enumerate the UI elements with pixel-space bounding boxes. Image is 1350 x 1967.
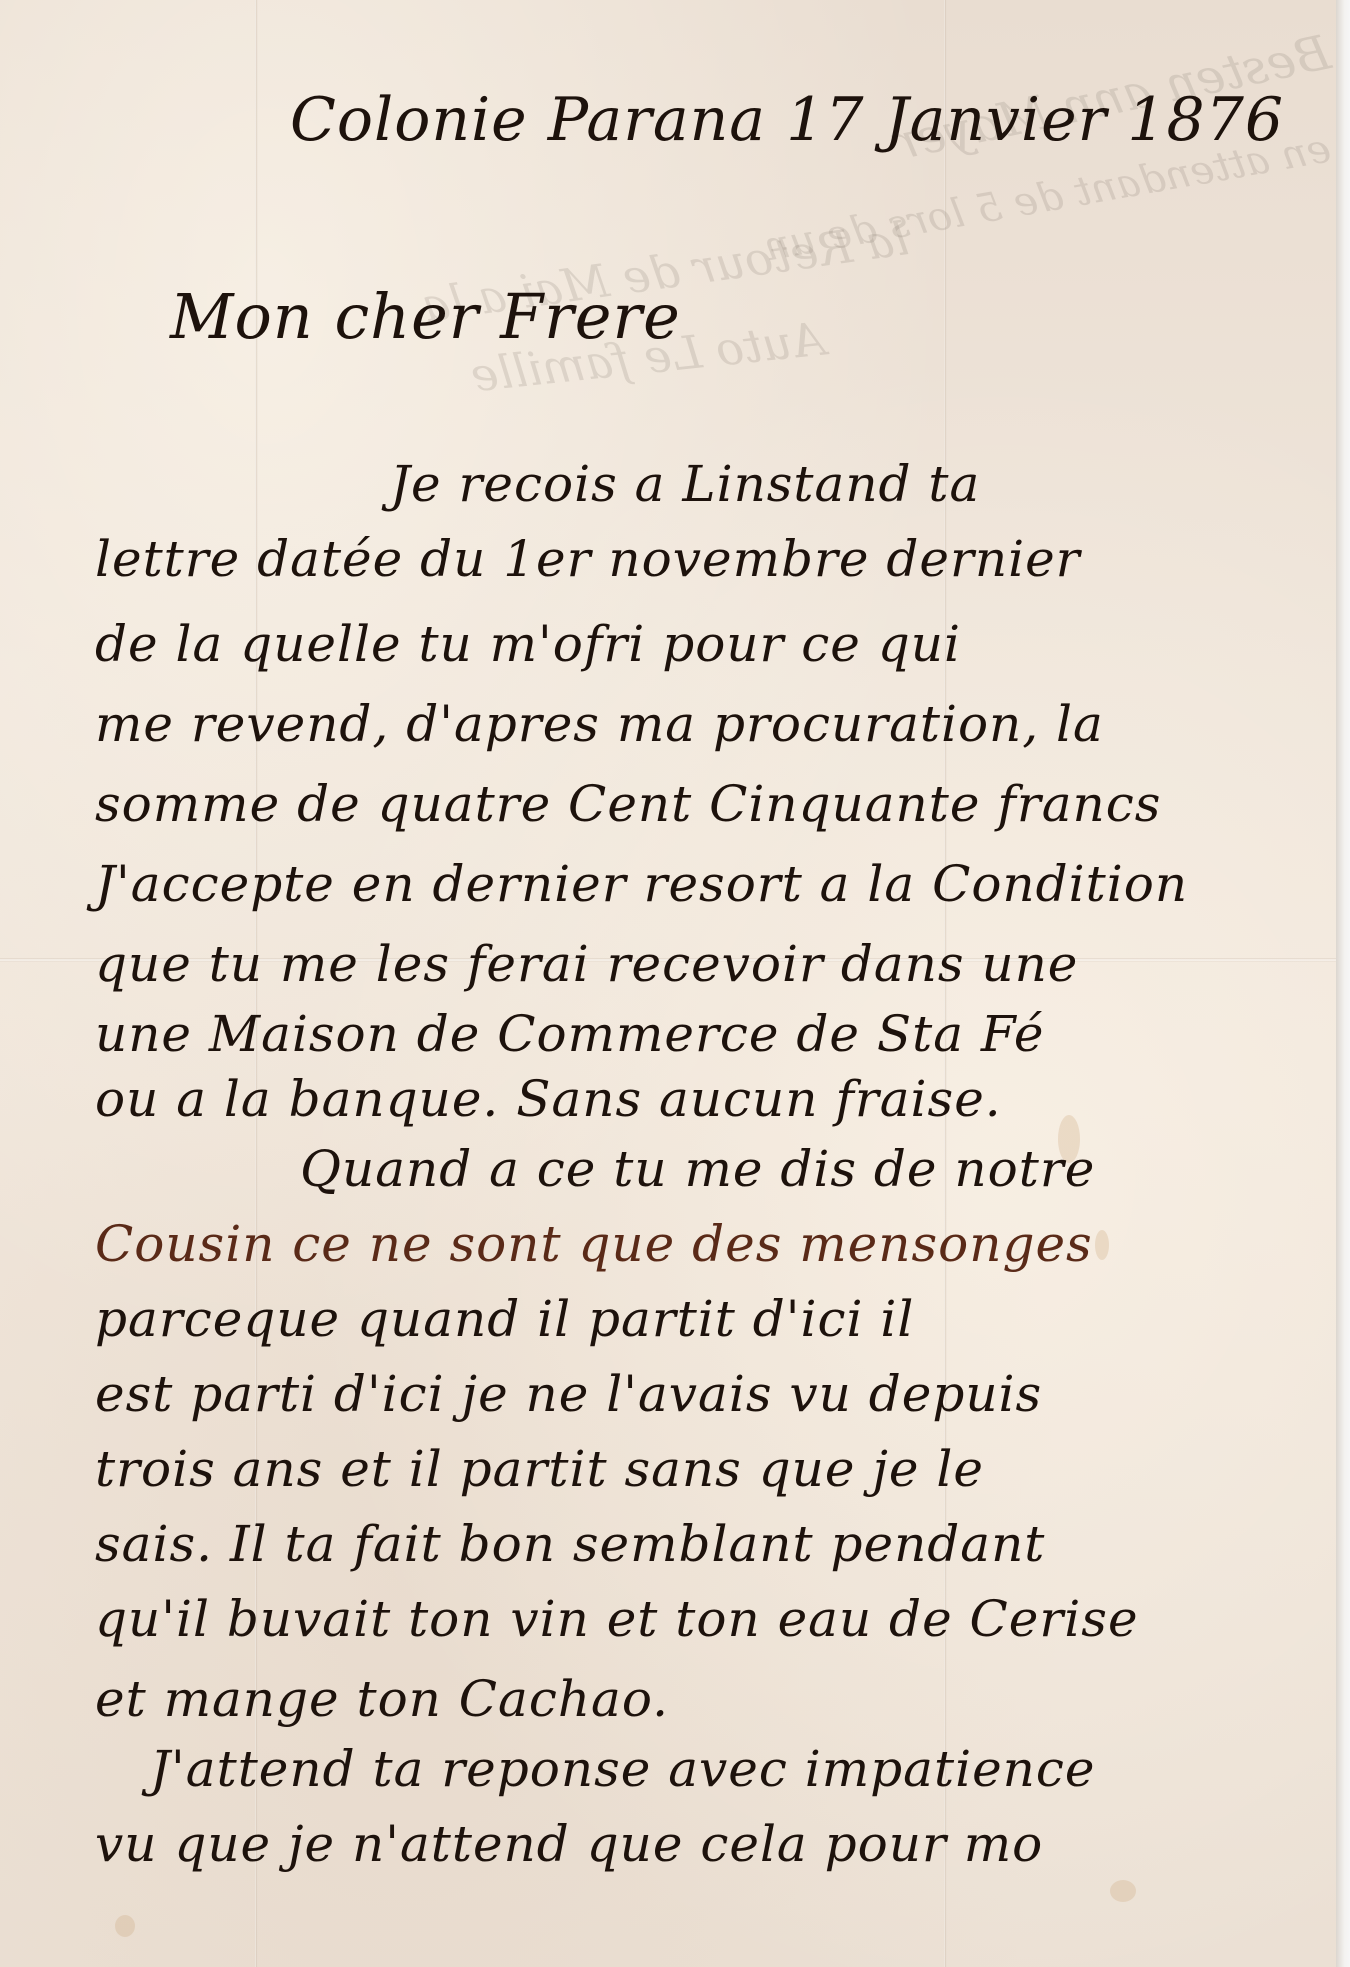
ink-stain (115, 1915, 135, 1937)
letter-line-4: me revend, d'apres ma procuration, la (95, 695, 1104, 753)
letter-salutation: Mon cher Frere (170, 280, 681, 353)
letter-line-16: qu'il buvait ton vin et ton eau de Ceris… (95, 1590, 1139, 1648)
letter-line-2: lettre datée du 1er novembre dernier (95, 530, 1081, 588)
letter-line-9: ou a la banque. Sans aucun fraise. (95, 1070, 1002, 1128)
letter-line-11: Cousin ce ne sont que des mensonges (95, 1215, 1093, 1273)
letter-line-18: J'attend ta reponse avec impatience (150, 1740, 1095, 1798)
letter-line-12: parceque quand il partit d'ici il (95, 1290, 914, 1348)
letter-line-3: de la quelle tu m'ofri pour ce qui (95, 615, 961, 673)
letter-line-13: est parti d'ici je ne l'avais vu depuis (95, 1365, 1042, 1423)
letter-line-17: et mange ton Cachao. (95, 1670, 669, 1728)
letter-line-6: J'accepte en dernier resort a la Conditi… (95, 855, 1188, 913)
letter-line-14: trois ans et il partit sans que je le (95, 1440, 984, 1498)
letter-line-19: vu que je n'attend que cela pour mo (95, 1815, 1043, 1873)
letter-line-5: somme de quatre Cent Cinquante francs (95, 775, 1161, 833)
scan-background-edge (1336, 0, 1350, 1967)
letter-line-1: Je recois a Linstand ta (390, 455, 980, 513)
letter-page: Besten ann Mayer en attendant de 5 lors … (0, 0, 1336, 1967)
ink-stain (1110, 1880, 1136, 1902)
letter-dateline: Colonie Parana 17 Janvier 1876 (290, 85, 1284, 155)
ink-stain (1095, 1230, 1109, 1260)
letter-line-10: Quand a ce tu me dis de notre (300, 1140, 1095, 1198)
letter-line-8: une Maison de Commerce de Sta Fé (95, 1005, 1044, 1063)
letter-line-15: sais. Il ta fait bon semblant pendant (95, 1515, 1045, 1573)
letter-line-7: que tu me les ferai recevoir dans une (95, 935, 1078, 993)
